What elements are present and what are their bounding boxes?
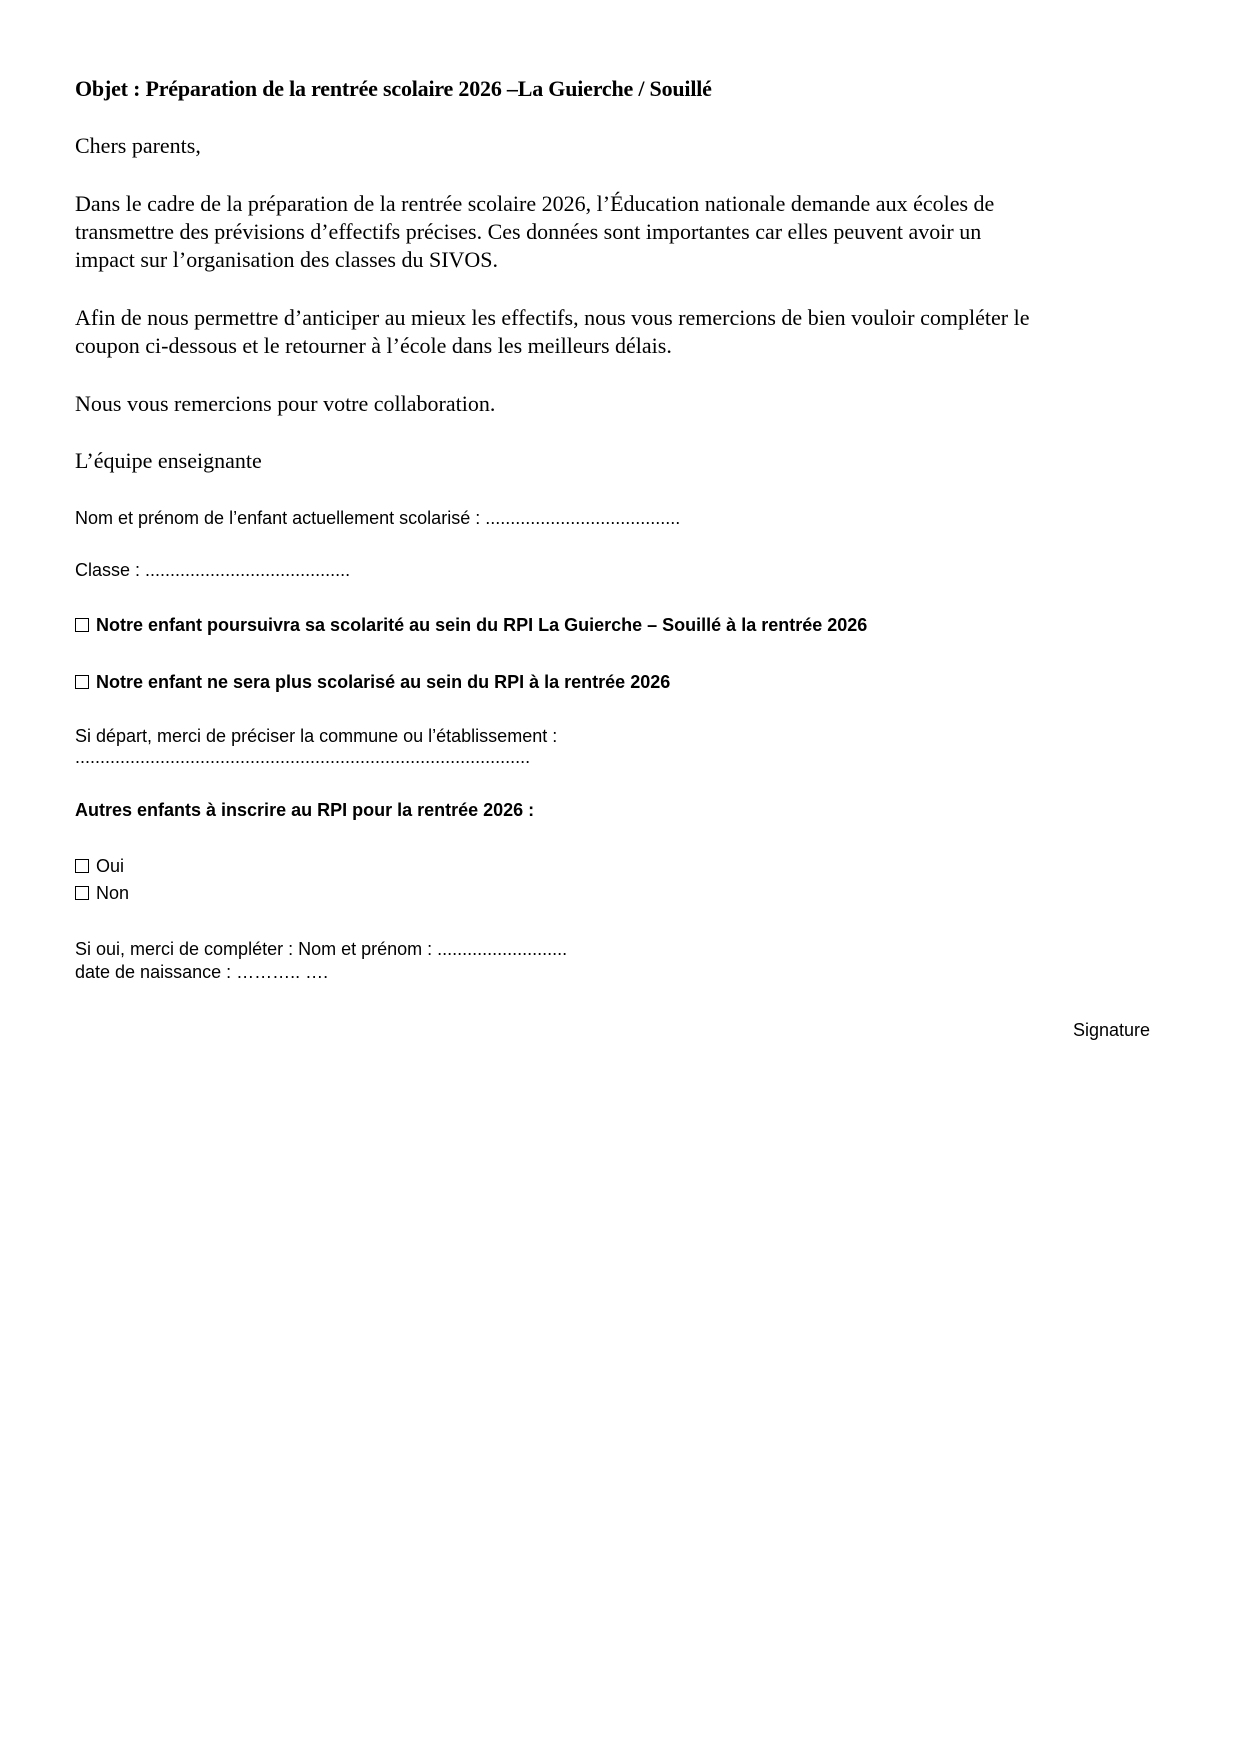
checkbox-oui[interactable] <box>75 859 89 873</box>
if-yes-label: Si oui, merci de compléter : Nom et prén… <box>75 939 432 959</box>
departure-blank[interactable]: ........................................… <box>75 746 530 768</box>
choice-oui-label: Oui <box>96 856 124 876</box>
choice-non-label: Non <box>96 883 129 903</box>
letter-page: Objet : Préparation de la rentrée scolai… <box>0 0 1241 1755</box>
choice-oui[interactable]: Oui <box>75 855 124 877</box>
paragraph-line: Afin de nous permettre d’anticiper au mi… <box>75 304 1175 332</box>
option-continue[interactable]: Notre enfant poursuivra sa scolarité au … <box>75 614 867 636</box>
option-leave-label: Notre enfant ne sera plus scolarisé au s… <box>96 672 670 692</box>
signature-label: Signature <box>1073 1019 1150 1041</box>
child-name-label: Nom et prénom de l’enfant actuellement s… <box>75 508 480 528</box>
paragraph-line: impact sur l’organisation des classes du… <box>75 246 1175 274</box>
class-blank[interactable]: ........................................… <box>145 560 350 580</box>
option-continue-label: Notre enfant poursuivra sa scolarité au … <box>96 615 867 635</box>
if-yes-name-field[interactable]: Si oui, merci de compléter : Nom et prén… <box>75 938 567 960</box>
paragraph-forecast: Dans le cadre de la préparation de la re… <box>75 190 1175 274</box>
class-field[interactable]: Classe : ...............................… <box>75 559 350 581</box>
sign-off: L’équipe enseignante <box>75 447 262 475</box>
child-name-blank[interactable]: ....................................... <box>485 508 680 528</box>
paragraph-request: Afin de nous permettre d’anticiper au mi… <box>75 304 1175 360</box>
checkbox-leave[interactable] <box>75 675 89 689</box>
greeting: Chers parents, <box>75 132 201 160</box>
departure-label: Si départ, merci de préciser la commune … <box>75 725 557 747</box>
paragraph-line: transmettre des prévisions d’effectifs p… <box>75 218 1175 246</box>
other-children-heading: Autres enfants à inscrire au RPI pour la… <box>75 799 534 821</box>
checkbox-non[interactable] <box>75 886 89 900</box>
if-yes-name-blank[interactable]: .......................... <box>437 939 567 959</box>
class-label: Classe : <box>75 560 140 580</box>
dob-label: date de naissance : <box>75 962 231 982</box>
paragraph-line: coupon ci-dessous et le retourner à l’éc… <box>75 332 1175 360</box>
paragraph-line: Dans le cadre de la préparation de la re… <box>75 190 1175 218</box>
checkbox-continue[interactable] <box>75 618 89 632</box>
dob-blank[interactable]: ……….. …. <box>236 962 328 982</box>
child-name-field[interactable]: Nom et prénom de l’enfant actuellement s… <box>75 507 680 529</box>
dob-field[interactable]: date de naissance : ……….. …. <box>75 961 328 983</box>
option-leave[interactable]: Notre enfant ne sera plus scolarisé au s… <box>75 671 670 693</box>
choice-non[interactable]: Non <box>75 882 129 904</box>
subject-line: Objet : Préparation de la rentrée scolai… <box>75 75 712 103</box>
thanks-line: Nous vous remercions pour votre collabor… <box>75 390 495 418</box>
